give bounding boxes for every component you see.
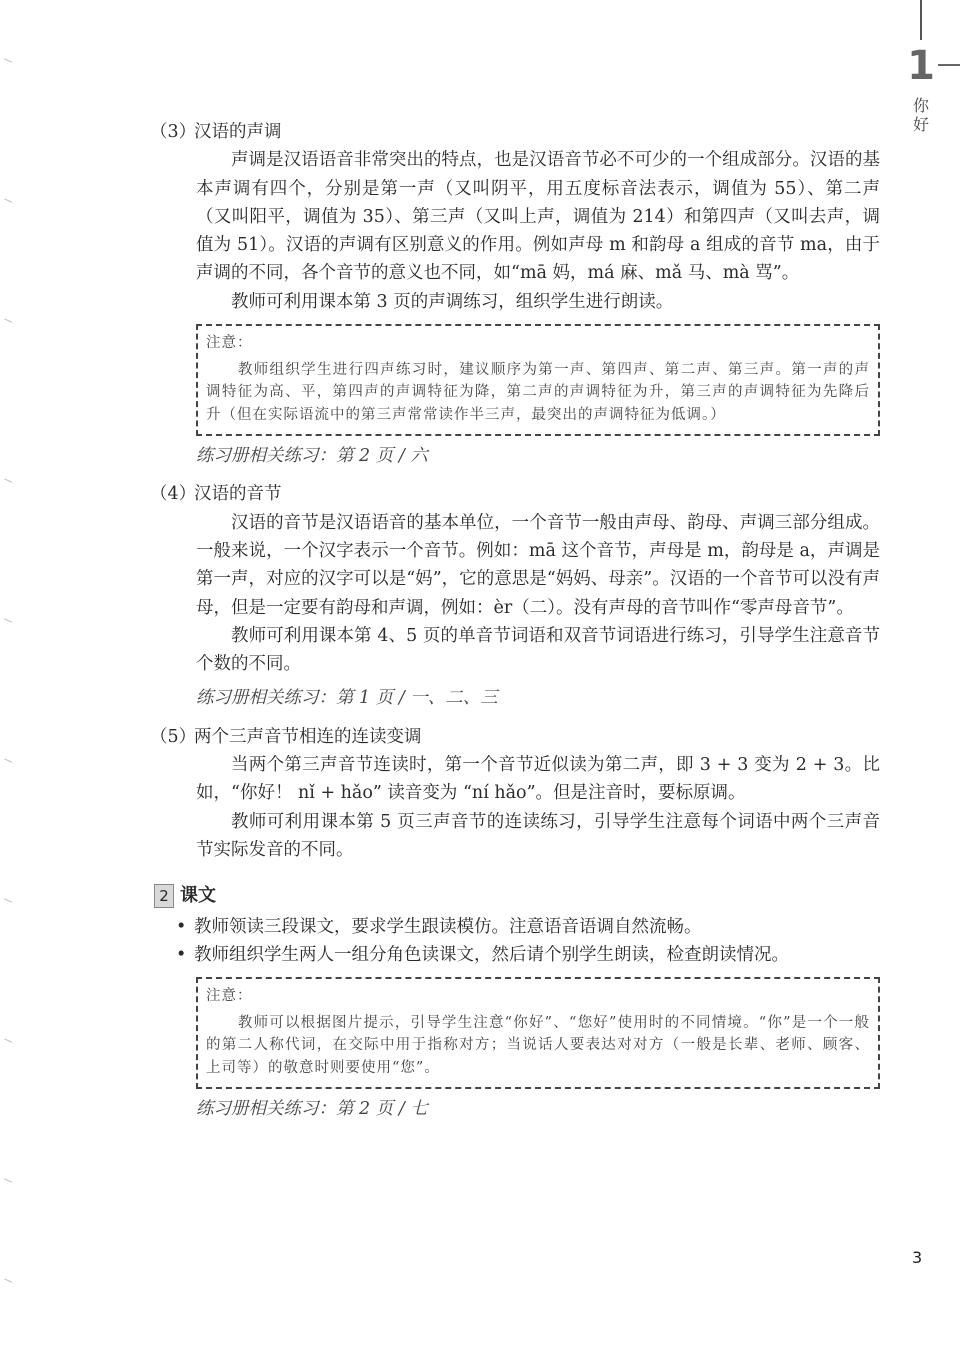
note-box: 注意： 教师组织学生进行四声练习时，建议顺序为第一声、第四声、第二声、第三声。第…	[196, 324, 880, 436]
section-syllables: （4）汉语的音节 汉语的音节是汉语语音的基本单位，一个音节一般由声母、韵母、声调…	[150, 480, 880, 712]
workbook-reference: 练习册相关练习：第 1 页 / 一、二、三	[196, 684, 880, 712]
paragraph: 教师可利用课本第 4、5 页的单音节词语和双音节词语进行练习，引导学生注意音节个…	[196, 622, 880, 679]
list-item-text: 教师领读三段课文，要求学生跟读模仿。注意语音语调自然流畅。	[194, 917, 702, 937]
section-title: 两个三声音节相连的连读变调	[194, 727, 422, 747]
section-tone-sandhi: （5）两个三声音节相连的连读变调 当两个第三声音节连读时，第一个音节近似读为第二…	[150, 723, 880, 864]
section-heading: （3）汉语的声调	[150, 118, 880, 146]
paragraph: 声调是汉语语音非常突出的特点，也是汉语音节必不可少的一个组成部分。汉语的基本声调…	[196, 146, 880, 287]
page-number: 3	[912, 1248, 922, 1267]
document-body: （3）汉语的声调 声调是汉语语音非常突出的特点，也是汉语音节必不可少的一个组成部…	[150, 118, 880, 1133]
list-item: • 教师领读三段课文，要求学生跟读模仿。注意语音语调自然流畅。	[170, 913, 880, 941]
chapter-dash	[938, 64, 960, 66]
section-tones: （3）汉语的声调 声调是汉语语音非常突出的特点，也是汉语音节必不可少的一个组成部…	[150, 118, 880, 470]
section-title: 汉语的声调	[194, 122, 282, 142]
section-number: （4）	[150, 480, 194, 508]
section-text: 2 课文 • 教师领读三段课文，要求学生跟读模仿。注意语音语调自然流畅。 • 教…	[150, 882, 880, 1123]
workbook-reference: 练习册相关练习：第 2 页 / 七	[196, 1095, 880, 1123]
bullet-list: • 教师领读三段课文，要求学生跟读模仿。注意语音语调自然流畅。 • 教师组织学生…	[170, 913, 880, 970]
section-heading: （4）汉语的音节	[150, 480, 880, 508]
note-label: 注意：	[206, 985, 870, 1008]
section2-title: 课文	[180, 882, 216, 910]
section-heading: （5）两个三声音节相连的连读变调	[150, 723, 880, 751]
paragraph: 教师可利用课本第 3 页的声调练习，组织学生进行朗读。	[196, 288, 880, 316]
section-title: 汉语的音节	[194, 484, 282, 504]
chapter-title-char: 好	[906, 115, 936, 134]
list-item: • 教师组织学生两人一组分角色读课文，然后请个别学生朗读，检查朗读情况。	[170, 941, 880, 969]
section-number: （5）	[150, 723, 194, 751]
note-text: 教师可以根据图片提示，引导学生注意“你好”、“您好”使用时的不同情境。“你”是一…	[206, 1012, 870, 1080]
workbook-reference: 练习册相关练习：第 2 页 / 六	[196, 442, 880, 470]
bullet-icon: •	[176, 913, 186, 941]
chapter-title-char: 你	[906, 96, 936, 115]
note-box: 注意： 教师可以根据图片提示，引导学生注意“你好”、“您好”使用时的不同情境。“…	[196, 977, 880, 1089]
paragraph: 汉语的音节是汉语语音的基本单位，一个音节一般由声母、韵母、声调三部分组成。一般来…	[196, 509, 880, 622]
section-badge: 2	[154, 884, 174, 908]
note-text: 教师组织学生进行四声练习时，建议顺序为第一声、第四声、第二声、第三声。第一声的声…	[206, 359, 870, 427]
section2-header: 2 课文	[154, 882, 880, 910]
bullet-icon: •	[176, 941, 186, 969]
chapter-title: 你 好	[906, 96, 936, 134]
chapter-number: 1	[906, 44, 936, 88]
section-number: （3）	[150, 118, 194, 146]
list-item-text: 教师组织学生两人一组分角色读课文，然后请个别学生朗读，检查朗读情况。	[194, 945, 789, 965]
paragraph: 教师可利用课本第 5 页三声音节的连读练习，引导学生注意每个词语中两个三声音节实…	[196, 808, 880, 865]
chapter-tab-line	[920, 0, 922, 40]
note-label: 注意：	[206, 332, 870, 355]
paragraph: 当两个第三声音节连读时，第一个音节近似读为第二声，即 3 + 3 变为 2 + …	[196, 751, 880, 808]
